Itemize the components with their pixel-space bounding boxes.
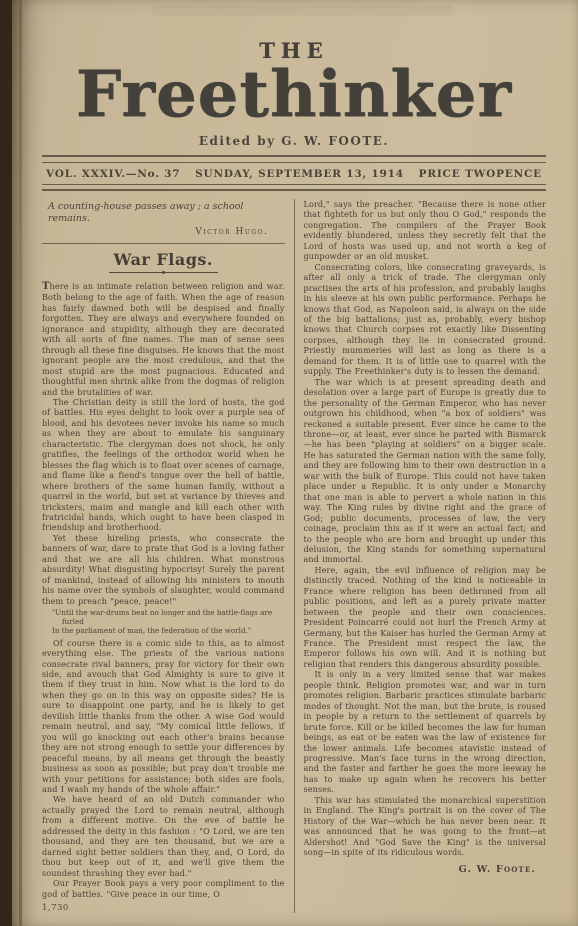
article-title: War Flags. [42, 250, 285, 269]
article-body-right: Lord," says the preacher. "Because there… [304, 199, 547, 858]
title-ornament [42, 271, 285, 274]
ornament-bar-right [164, 272, 218, 273]
paragraph: The Christian deity is still the lord of… [42, 397, 285, 533]
paragraph: Of course there is a comic side to this,… [42, 638, 285, 795]
epigraph-text: A counting-house passes away ; a school … [48, 201, 243, 224]
paragraph: Here, again, the evil influence of relig… [304, 565, 547, 670]
newspaper-page: THE Freethinker Edited by G. W. FOOTE. V… [12, 0, 578, 926]
column-divider [294, 199, 295, 913]
masthead-title: Freethinker [42, 65, 546, 125]
masthead: THE Freethinker Edited by G. W. FOOTE. [42, 38, 546, 148]
paragraph: It is only in a very limited sense that … [304, 669, 547, 794]
paragraph: Our Prayer Book pays a very poor complim… [42, 878, 285, 899]
page-gutter-shadow [19, 0, 22, 926]
issue-price: PRICE TWOPENCE [419, 168, 542, 180]
paragraph: Yet these hireling priests, who consecra… [42, 533, 285, 606]
article-columns: A counting-house passes away ; a school … [42, 199, 546, 913]
epigraph-attribution: Victor Hugo. [48, 226, 283, 238]
paragraph: Lord," says the preacher. "Because there… [304, 199, 547, 262]
paragraph: Consecrating colors, like consecrating g… [304, 262, 547, 377]
rule-bottom [42, 184, 546, 191]
paragraph: We have heard of an old Dutch commander … [42, 794, 285, 878]
issue-volume: VOL. XXXIV.—No. 37 [46, 168, 180, 180]
column-right: Lord," says the preacher. "Because there… [304, 199, 547, 913]
paragraph: There is an intimate relation between re… [42, 281, 285, 397]
verse-quote: "Until the war-drums beat no longer and … [42, 608, 285, 636]
paragraph: The war which is at present spreading de… [304, 377, 547, 565]
rule-top [42, 155, 546, 163]
article-body-left: There is an intimate relation between re… [42, 281, 285, 899]
page-content: THE Freethinker Edited by G. W. FOOTE. V… [42, 14, 546, 913]
issue-date: SUNDAY, SEPTEMBER 13, 1914 [195, 168, 404, 180]
epigraph: A counting-house passes away ; a school … [42, 199, 285, 238]
epigraph-rule [42, 243, 285, 244]
issue-line: VOL. XXXIV.—No. 37 SUNDAY, SEPTEMBER 13,… [42, 163, 546, 184]
column-left: A counting-house passes away ; a school … [42, 199, 285, 913]
author-signature: G. W. Foote. [304, 864, 547, 875]
ornament-bar-left [109, 272, 163, 273]
masthead-editor-line: Edited by G. W. FOOTE. [42, 134, 546, 148]
verse-line: In the parliament of man, the federation… [48, 626, 285, 635]
verse-line: "Until the war-drums beat no longer and … [48, 608, 285, 626]
paragraph: This war has stimulated the monarchical … [304, 795, 547, 858]
page-number: 1,730 [42, 903, 285, 913]
